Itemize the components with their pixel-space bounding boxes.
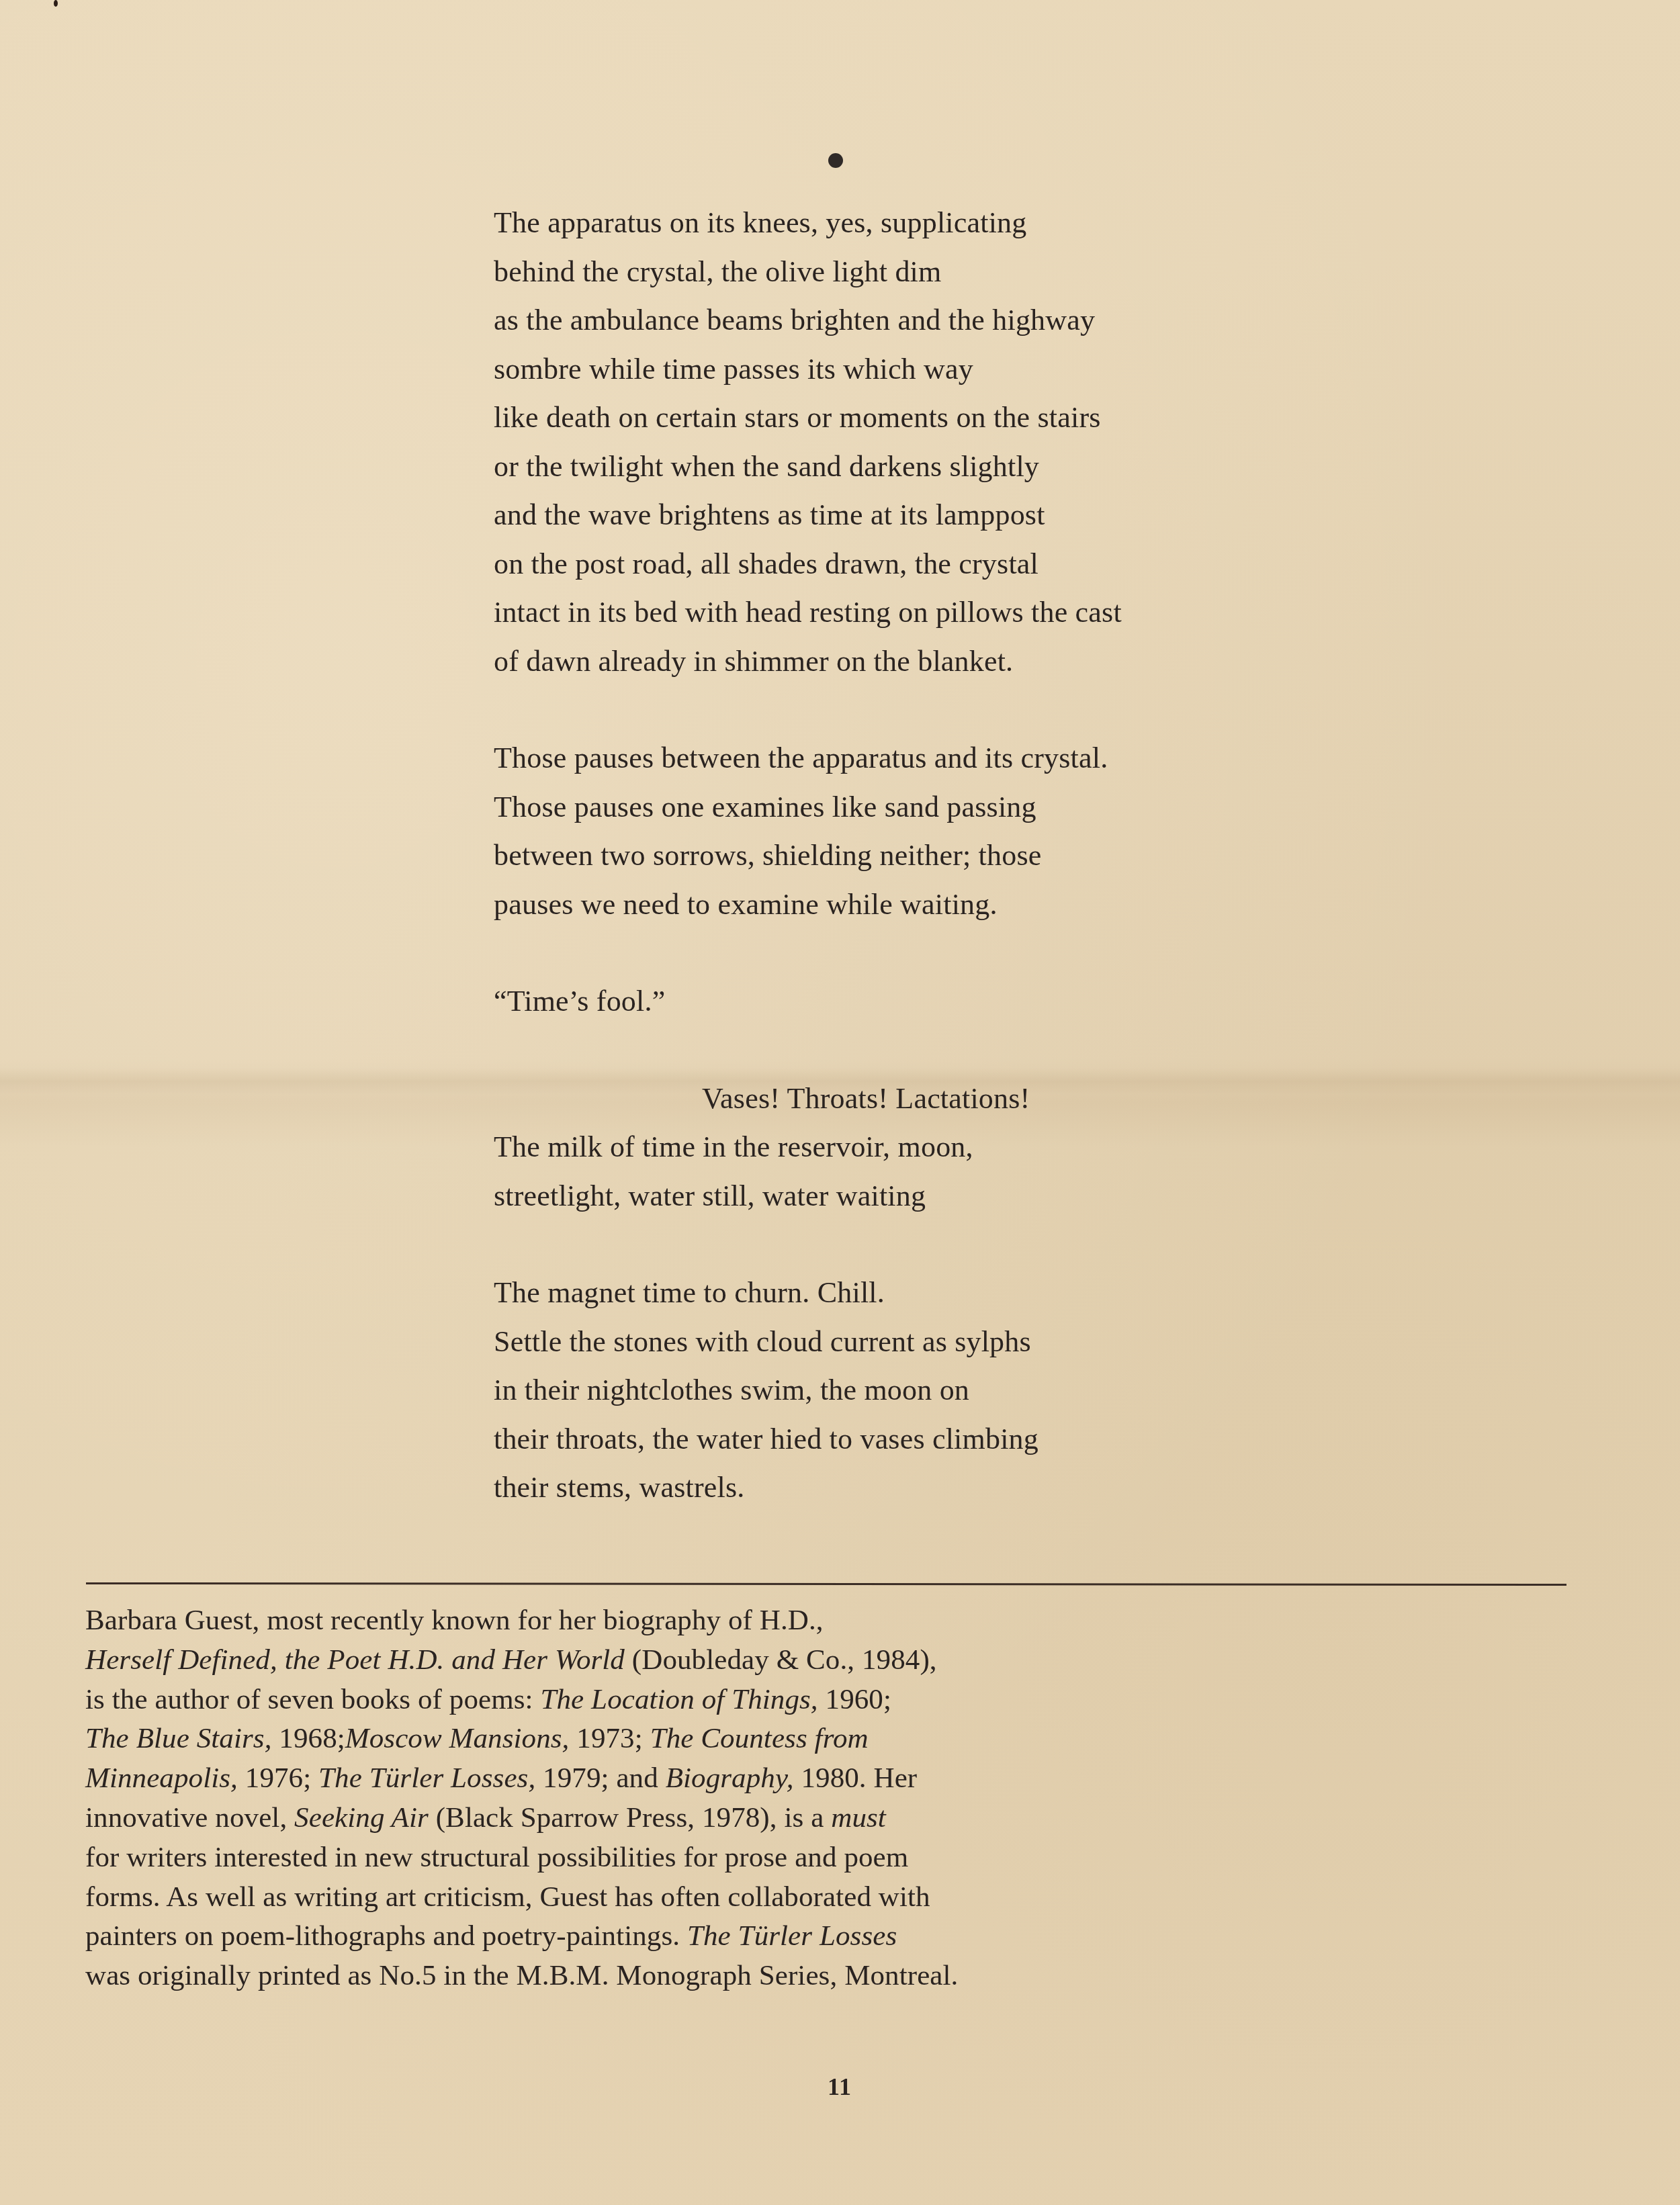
book-title: The Blue Stairs,: [85, 1723, 272, 1754]
page-number: 11: [806, 2073, 873, 2101]
author-bio: Barbara Guest, most recently known for h…: [85, 1601, 1227, 1996]
stanza-2: Those pauses between the apparatus and i…: [494, 734, 1300, 929]
bio-line: Barbara Guest, most recently known for h…: [85, 1601, 1227, 1641]
bio-line: innovative novel, Seeking Air (Black Spa…: [85, 1799, 1227, 1838]
poem-line: streetlight, water still, water waiting: [494, 1172, 1300, 1221]
stanza-3: “Time’s fool.”: [494, 977, 1300, 1026]
poem-line: of dawn already in shimmer on the blanke…: [494, 637, 1300, 686]
bio-text: 1979; and: [535, 1762, 665, 1794]
horizontal-rule: [86, 1582, 1566, 1586]
poem-line: behind the crystal, the olive light dim: [494, 248, 1300, 297]
book-title: The Türler Losses: [687, 1920, 897, 1952]
bio-text: 1973;: [569, 1723, 650, 1754]
poem-line: pauses we need to examine while waiting.: [494, 881, 1300, 930]
poem-line: The milk of time in the reservoir, moon,: [494, 1123, 1300, 1172]
bio-line: forms. As well as writing art criticism,…: [85, 1878, 1227, 1918]
book-title: Biography,: [666, 1762, 794, 1794]
bio-line: was originally printed as No.5 in the M.…: [85, 1956, 1227, 1996]
bullet-ornament-icon: [828, 153, 843, 168]
poem-body: The apparatus on its knees, yes, supplic…: [494, 199, 1300, 1561]
bio-text: Barbara Guest, most recently known for h…: [85, 1605, 824, 1636]
bio-text: 1968;: [272, 1723, 345, 1754]
book-title: Minneapolis,: [85, 1762, 238, 1794]
bio-line: The Blue Stairs, 1968;Moscow Mansions, 1…: [85, 1719, 1227, 1759]
bio-line: Minneapolis, 1976; The Türler Losses, 19…: [85, 1759, 1227, 1799]
book-page: The apparatus on its knees, yes, supplic…: [0, 0, 1680, 2205]
stanza-4: Vases! Throats! Lactations! The milk of …: [494, 1075, 1300, 1221]
book-title: Herself Defined, the Poet H.D. and Her W…: [85, 1644, 625, 1676]
poem-line: like death on certain stars or moments o…: [494, 394, 1300, 443]
bio-text: 1976;: [238, 1762, 318, 1794]
bio-line: is the author of seven books of poems: T…: [85, 1680, 1227, 1720]
poem-line: their throats, the water hied to vases c…: [494, 1415, 1300, 1464]
poem-line: The apparatus on its knees, yes, supplic…: [494, 199, 1300, 248]
book-title: Moscow Mansions,: [345, 1723, 570, 1754]
poem-line: as the ambulance beams brighten and the …: [494, 296, 1300, 345]
poem-line: intact in its bed with head resting on p…: [494, 588, 1300, 637]
poem-line: and the wave brightens as time at its la…: [494, 491, 1300, 540]
bio-text: is the author of seven books of poems:: [85, 1684, 540, 1715]
poem-line-quote: “Time’s fool.”: [494, 977, 1300, 1026]
bio-text: (Black Sparrow Press, 1978), is a: [429, 1802, 831, 1834]
poem-line: sombre while time passes its which way: [494, 345, 1300, 394]
poem-line: in their nightclothes swim, the moon on: [494, 1366, 1300, 1415]
bio-text: 1960;: [818, 1684, 891, 1715]
emphasis: must: [831, 1802, 886, 1834]
bio-text: for writers interested in new structural…: [85, 1842, 908, 1873]
book-title: The Countess from: [650, 1723, 869, 1754]
poem-line: Those pauses one examines like sand pass…: [494, 783, 1300, 832]
bio-text: was originally printed as No.5 in the M.…: [85, 1960, 958, 1991]
poem-line: between two sorrows, shielding neither; …: [494, 831, 1300, 881]
bio-line: for writers interested in new structural…: [85, 1838, 1227, 1878]
book-title: The Türler Losses,: [318, 1762, 535, 1794]
poem-line-indented: Vases! Throats! Lactations!: [494, 1075, 1300, 1124]
poem-line: on the post road, all shades drawn, the …: [494, 540, 1300, 589]
poem-line: The magnet time to churn. Chill.: [494, 1269, 1300, 1318]
ink-speck: [54, 0, 58, 7]
poem-line: Settle the stones with cloud current as …: [494, 1318, 1300, 1367]
bio-text: (Doubleday & Co., 1984),: [625, 1644, 937, 1676]
poem-line: their stems, wastrels.: [494, 1464, 1300, 1513]
bio-text: 1980. Her: [794, 1762, 918, 1794]
stanza-1: The apparatus on its knees, yes, supplic…: [494, 199, 1300, 686]
bio-text: innovative novel,: [85, 1802, 294, 1834]
bio-line: Herself Defined, the Poet H.D. and Her W…: [85, 1641, 1227, 1680]
stanza-5: The magnet time to churn. Chill. Settle …: [494, 1269, 1300, 1513]
book-title: Seeking Air: [294, 1802, 429, 1834]
bio-line: painters on poem-lithographs and poetry-…: [85, 1917, 1227, 1956]
bio-text: painters on poem-lithographs and poetry-…: [85, 1920, 687, 1952]
poem-line: or the twilight when the sand darkens sl…: [494, 443, 1300, 492]
bio-text: forms. As well as writing art criticism,…: [85, 1881, 930, 1913]
book-title: The Location of Things,: [540, 1684, 817, 1715]
poem-line: Those pauses between the apparatus and i…: [494, 734, 1300, 783]
